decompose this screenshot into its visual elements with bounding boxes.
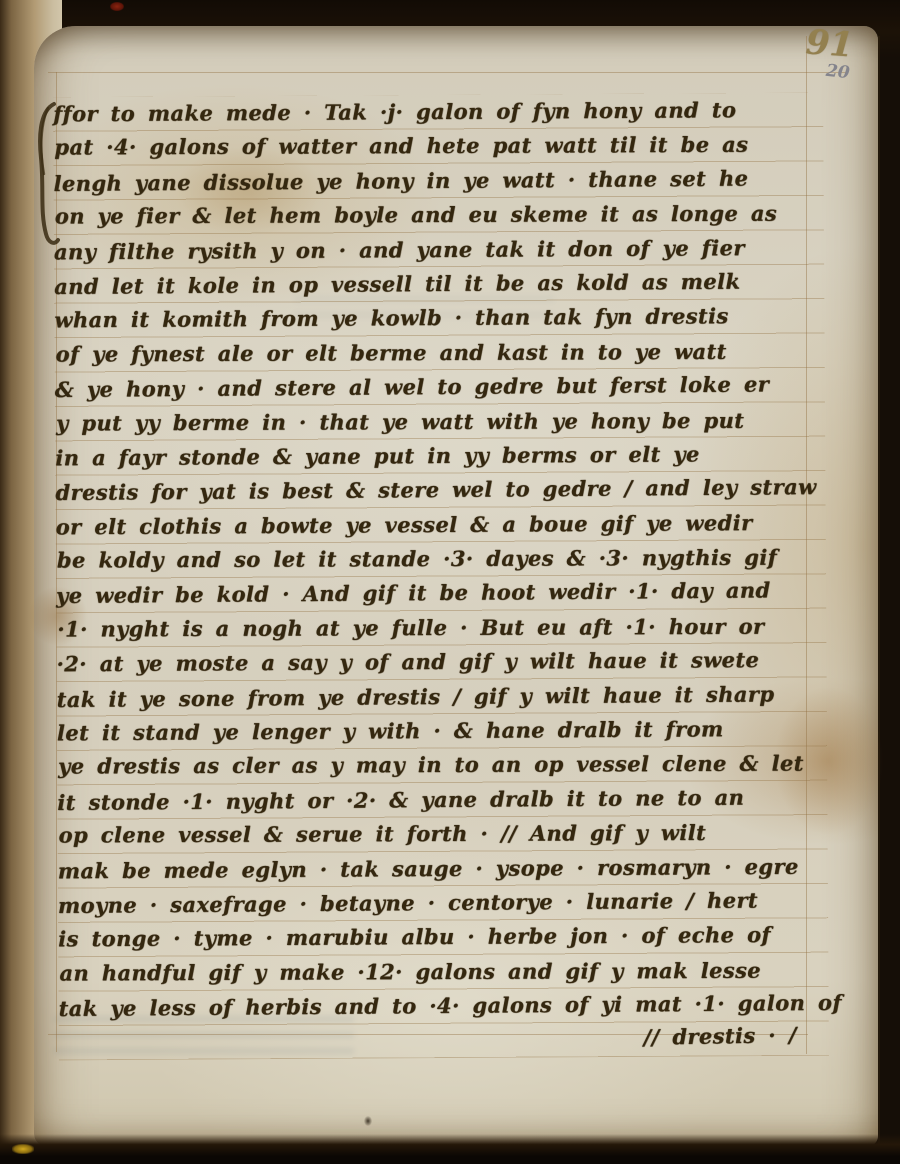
ink-speck — [364, 1116, 372, 1126]
manuscript-text-block: ffor to make mede · Tak ·j· galon of fyn… — [53, 93, 829, 1061]
page-edge-crease — [878, 36, 880, 1144]
binding-red-speck — [110, 2, 124, 11]
manuscript-line: any filthe rysith y on · and yane tak it… — [54, 230, 824, 269]
manuscript-line: ffor to make mede · Tak ·j· galon of fyn… — [53, 93, 823, 132]
manuscript-line: ye wedir be kold · And gif it be hoot we… — [56, 573, 826, 613]
manuscript-line: ·2· at ye moste a say y of and gif y wil… — [56, 643, 826, 682]
manuscript-line: lengh yane dissolue ye hony in ye watt ·… — [53, 161, 823, 201]
manuscript-line: tak it ye sone from ye drestis / gif y w… — [57, 677, 827, 717]
folio-number-ink: 91 — [805, 22, 855, 65]
folio-number-pencil: 20 — [825, 61, 851, 83]
manuscript-line: moyne · saxefrage · betayne · centorye ·… — [58, 883, 828, 923]
ruling-top-line — [48, 72, 848, 73]
manuscript-line: ·1· nyght is a nogh at ye fulle · But eu… — [57, 609, 827, 646]
manuscript-line: drestis for yat is best & stere wel to g… — [55, 470, 825, 510]
manuscript-line: or elt clothis a bowte ye vessel & a bou… — [56, 505, 826, 544]
manuscript-line: & ye hony · and stere al wel to gedre bu… — [55, 367, 825, 407]
manuscript-line: it stonde ·1· nyght or ·2· & yane dralb … — [57, 780, 827, 820]
manuscript-line: y put yy berme in · that ye watt with ye… — [56, 403, 826, 440]
binding-bottom-edge — [0, 1134, 900, 1164]
manuscript-line: mak be mede eglyn · tak sauge · ysope · … — [58, 849, 828, 888]
manuscript-line: whan it komith from ye kowlb · than tak … — [54, 299, 824, 338]
manuscript-line: of ye fynest ale or elt berme and kast i… — [56, 334, 826, 371]
manuscript-line: be koldy and so let it stande ·3· dayes … — [57, 541, 827, 578]
manuscript-line: let it stand ye lenger y with · & hane d… — [57, 712, 827, 751]
manuscript-line: is tonge · tyme · marubiu albu · herbe j… — [58, 918, 828, 957]
binding-gold-glint — [12, 1144, 34, 1154]
manuscript-line: and let it kole in op vessell til it be … — [54, 264, 824, 304]
manuscript-line: on ye fier & let hem boyle and eu skeme … — [55, 197, 825, 234]
manuscript-line: op clene vessel & serue it forth · // An… — [59, 816, 829, 853]
manuscript-line: ye drestis as cler as y may in to an op … — [58, 747, 828, 784]
manuscript-line: in a fayr stonde & yane put in yy berms … — [55, 437, 825, 476]
manuscript-line: an handful gif y make ·12· galons and gi… — [59, 953, 829, 990]
manuscript-line: pat ·4· galons of watter and hete pat wa… — [54, 128, 824, 165]
